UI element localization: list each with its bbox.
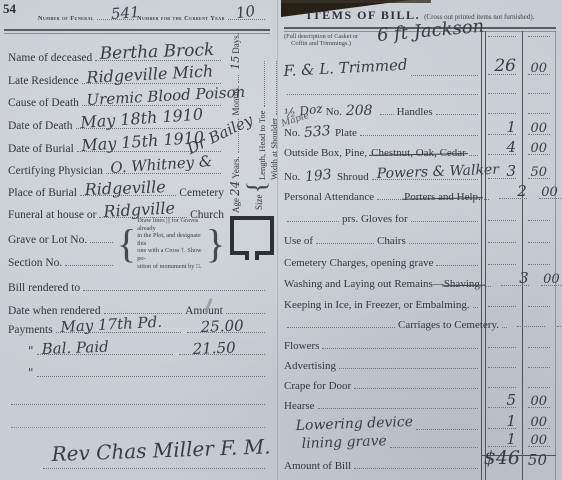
- field-label: Bill rendered to: [8, 282, 80, 294]
- washing-struck: Shaving.: [444, 278, 483, 290]
- note-line: Draw lines ||| for Graves already: [137, 217, 205, 232]
- payments-row: " Bal. Paid 21.50: [8, 344, 268, 358]
- funeral-no-value: 541: [110, 3, 140, 23]
- price-dollars: 4: [506, 138, 516, 156]
- dotted-leader: [557, 326, 562, 327]
- item-row-blank: [284, 85, 557, 105]
- payments-row: ": [8, 366, 268, 380]
- size-brace: {: [244, 181, 270, 193]
- header-row: Number of Funeral 541 Number for the Cur…: [38, 9, 268, 22]
- dotted-leader: [488, 36, 516, 37]
- funeral-no-label: Number of Funeral: [38, 15, 94, 22]
- payment-amount: 21.50: [193, 339, 237, 358]
- dotted-leader: [488, 93, 516, 94]
- dotted-leader: [226, 303, 265, 314]
- item-row-chairs: Use of Chairs: [284, 234, 557, 254]
- payment-text: Bal. Paid: [41, 338, 109, 358]
- item-row-casket: (Full description of Casket or Coffin an…: [284, 33, 557, 60]
- dotted-leader: [287, 212, 339, 222]
- note-line: in the Plot, and designate this: [137, 232, 205, 247]
- current-year-value: 10: [235, 2, 256, 22]
- dotted-leader: [316, 234, 374, 244]
- dotted-leader: [322, 339, 478, 349]
- dotted-leader: [488, 264, 516, 265]
- item-row-advertising: Advertising: [284, 359, 557, 379]
- dotted-leader: [287, 85, 478, 95]
- dotted-leader: [269, 61, 277, 115]
- price-cents: 00: [530, 141, 547, 156]
- dotted-leader: [517, 326, 545, 327]
- note-line: one with a Cross †. Show po-: [137, 247, 205, 262]
- days-value: 15: [229, 56, 242, 70]
- dotted-leader: [339, 359, 478, 369]
- field-bill-rendered-to: Bill rendered to: [8, 280, 268, 294]
- dotted-leader: [528, 113, 550, 114]
- handles-label: Handles: [397, 106, 433, 118]
- dotted-leader: [83, 280, 265, 291]
- item-row-trimmed: F. & L. Trimmed 26 00: [284, 62, 557, 82]
- dotted-leader: [11, 417, 265, 428]
- item-row-outside-box: Outside Box, Pine, Chestnut, Oak, Cedar …: [284, 146, 557, 166]
- field-label: Date when rendered: [8, 305, 101, 317]
- price-dollars: 5: [506, 391, 516, 409]
- casket-desc-label: (Full description of Casket or: [284, 33, 358, 40]
- dotted-leader: [37, 366, 265, 377]
- dotted-leader: [43, 458, 265, 469]
- size-strip: Size { Length, Head to Toe Width at Shou…: [244, 58, 274, 210]
- dotted-leader: Ridgeville: [80, 185, 176, 196]
- no-label: No.: [284, 127, 300, 139]
- plot-diagram: [229, 215, 275, 263]
- page-number: 54: [3, 1, 16, 17]
- dotted-leader: [528, 93, 550, 94]
- field-label: Section No.: [8, 257, 62, 269]
- ditto-mark: ": [28, 344, 34, 358]
- dotted-leader: [360, 126, 478, 136]
- dotted-leader: [90, 232, 113, 243]
- crape-label: Crape for Door: [284, 380, 351, 392]
- price-cents: 50: [530, 165, 547, 180]
- dotted-leader: 21.50: [179, 344, 265, 355]
- price-cents: 00: [530, 121, 547, 136]
- field-value: Ridgeville: [84, 177, 166, 199]
- dotted-leader: [230, 119, 239, 154]
- age-value: 24: [228, 181, 242, 196]
- plate-no: 533: [304, 123, 332, 141]
- dotted-leader: [354, 379, 478, 389]
- field-suffix: Cemetery: [179, 187, 224, 199]
- item-row-plate: No. 533 Plate 1 00: [284, 124, 557, 144]
- dotted-leader: [528, 367, 550, 368]
- note-line: sition of monument by □.: [137, 263, 205, 271]
- dotted-leader: [257, 61, 265, 107]
- attendance-label: Personal Attendance: [284, 191, 374, 203]
- dotted-leader: Bal. Paid: [37, 344, 174, 355]
- dotted-leader: [380, 105, 394, 115]
- total-dollars: $46: [484, 447, 520, 469]
- attendance-struck: Porters and Help.: [404, 191, 481, 203]
- item-row-washing: Washing and Laying out Remains— Shaving.…: [284, 277, 557, 297]
- dotted-leader: [488, 113, 516, 114]
- blank-line: [8, 394, 268, 405]
- dotted-leader: [528, 242, 550, 243]
- brace-right: }: [206, 221, 225, 267]
- price-dollars: 2: [517, 182, 527, 200]
- cemetery-charges-label: Cemetery Charges, opening grave: [284, 257, 433, 269]
- field-place-of-burial: Place of Burial Ridgeville Cemetery: [8, 185, 224, 199]
- dotted-leader: [502, 318, 507, 328]
- field-label: Certifying Physician: [8, 165, 103, 177]
- payments-row: Payments May 17th Pd. 25.00: [8, 322, 268, 336]
- dotted-leader: [230, 75, 239, 83]
- rule: [4, 29, 270, 31]
- gloves-label: prs. Gloves for: [342, 213, 408, 225]
- field-label: Place of Burial: [8, 187, 77, 199]
- ditto-mark: ": [28, 366, 34, 380]
- dotted-leader: Bertha Brock: [95, 50, 221, 61]
- handles-no: 208: [346, 103, 373, 119]
- dotted-leader: [488, 220, 516, 221]
- outside-box-label: Outside Box, Pine,: [284, 147, 367, 159]
- length-label: Length, Head to Toe: [256, 110, 268, 180]
- dotted-leader: [528, 347, 550, 348]
- item-row-handles: ½ Doz No. 208 Handles: [284, 103, 557, 123]
- shroud-value: Powers & Walker: [376, 162, 499, 182]
- age-label: Age: [231, 198, 241, 213]
- dotted-leader: 10: [228, 9, 265, 20]
- field-certifying-physician: Certifying Physician O. Whitney &: [8, 163, 224, 177]
- hearse-label: Hearse: [284, 400, 315, 412]
- ledger-page-photo: 54 Number of Funeral 541 Number for the …: [0, 0, 562, 480]
- outside-box-struck: Chestnut, Oak, Cedar: [371, 147, 466, 159]
- field-label: Name of deceased: [8, 52, 92, 64]
- no-label: No.: [326, 106, 342, 118]
- item-row-carriages: Carriages to Cemetery.: [284, 318, 557, 338]
- dotted-leader: [528, 220, 550, 221]
- payment-amount: 25.00: [200, 316, 244, 335]
- field-section-no: Section No.: [8, 255, 116, 269]
- dotted-leader: 25.00: [187, 322, 265, 333]
- dotted-leader: [390, 438, 478, 448]
- field-label: Late Residence: [8, 75, 79, 87]
- price-cents: 00: [530, 415, 547, 430]
- field-label: Funeral at house or: [8, 209, 96, 221]
- dotted-leader: [409, 234, 478, 244]
- total-cents: 50: [528, 451, 547, 469]
- dotted-leader: [318, 399, 478, 409]
- size-label: Size: [254, 195, 264, 211]
- dotted-leader: Ridgeville Mich: [82, 73, 221, 84]
- field-value: Bertha Brock: [100, 40, 215, 64]
- months-label: Months.: [231, 86, 241, 116]
- price-dollars: 1: [506, 412, 516, 430]
- dotted-leader: [528, 306, 550, 307]
- item-row-total: Amount of Bill $46 50: [284, 459, 557, 480]
- dotted-leader: [528, 387, 550, 388]
- dotted-leader: Powers & Walker: [372, 170, 478, 180]
- amount-of-bill-label: Amount of Bill: [284, 460, 351, 472]
- dotted-leader: O. Whitney &: [106, 163, 221, 174]
- chairs-label: Chairs: [377, 235, 406, 247]
- dotted-leader: [416, 420, 478, 430]
- item-row-embalming: Keeping in Ice, in Freezer, or Embalming…: [284, 298, 557, 318]
- flowers-label: Flowers: [284, 340, 319, 352]
- field-label: Date of Death: [8, 120, 73, 132]
- item-row-cemetery-charges: Cemetery Charges, opening grave: [284, 256, 557, 276]
- field-grave-lot-no: Grave or Lot No.: [8, 232, 116, 246]
- dotted-leader: [488, 306, 516, 307]
- dotted-leader: [488, 347, 516, 348]
- advertising-label: Advertising: [284, 360, 336, 372]
- lowering-device-value: Lowering device: [295, 414, 413, 434]
- price-dollars: 3: [506, 162, 516, 180]
- field-value: Ridgeville Mich: [86, 61, 214, 87]
- price-dollars: 3: [519, 269, 529, 287]
- dotted-leader: [411, 212, 478, 222]
- washing-label: Washing and Laying out Remains—: [284, 278, 444, 290]
- dotted-leader: [436, 256, 478, 266]
- items-title: ITEMS OF BILL.: [306, 8, 420, 23]
- price-cents: 00: [543, 272, 560, 287]
- dotted-leader: [488, 367, 516, 368]
- dotted-leader: 541: [97, 9, 134, 20]
- price-cents: 00: [530, 61, 547, 76]
- dotted-leader: [486, 277, 491, 287]
- dotted-leader: [377, 190, 401, 200]
- dotted-leader: [528, 264, 550, 265]
- price-dollars: 1: [506, 430, 516, 448]
- dotted-leader: [436, 105, 478, 115]
- signature-line: [40, 458, 268, 469]
- dotted-leader: [528, 36, 550, 37]
- dotted-leader: [484, 190, 489, 200]
- current-year-label: Number for the Current Year: [137, 15, 225, 22]
- item-row-gloves: prs. Gloves for: [284, 212, 557, 232]
- price-dollars: 26: [494, 56, 516, 76]
- use-of-label: Use of: [284, 235, 313, 247]
- page-curl-shadow-edge: [281, 0, 431, 3]
- dotted-leader: [287, 318, 395, 328]
- lining-grave-value: lining grave: [301, 433, 387, 452]
- dotted-leader: [473, 298, 478, 308]
- no-label: No.: [284, 171, 300, 183]
- dotted-leader: [411, 66, 478, 76]
- years-label: Years.: [231, 156, 241, 178]
- price-cents: 00: [530, 394, 547, 409]
- item-row-attendance: Personal Attendance Porters and Help. 2 …: [284, 190, 557, 210]
- dotted-leader: [11, 394, 265, 405]
- price-cents: 00: [541, 185, 558, 200]
- price-dollars: 1: [506, 118, 516, 136]
- casket-desc-label: Coffin and Trimmings.): [284, 40, 358, 47]
- shroud-label: Shroud: [337, 171, 369, 183]
- field-label: Cause of Death: [8, 97, 79, 109]
- shroud-no: 193: [304, 167, 332, 186]
- plate-label: Plate: [335, 127, 357, 139]
- dotted-leader: [354, 459, 478, 469]
- item-row-crape: Crape for Door: [284, 379, 557, 399]
- field-label: Grave or Lot No.: [8, 234, 87, 246]
- width-label: Width at Shoulder: [268, 118, 280, 180]
- plot-instructions-note: { Draw lines ||| for Graves already in t…: [117, 217, 225, 270]
- price-cents: 00: [530, 433, 547, 448]
- dotted-leader: [65, 255, 113, 266]
- blank-line: [8, 417, 268, 428]
- carriages-label: Carriages to Cemetery.: [398, 319, 499, 331]
- dotted-leader: [488, 387, 516, 388]
- dotted-leader: [469, 146, 478, 156]
- dotted-leader: May 17th Pd.: [56, 322, 181, 333]
- days-label: Days.: [231, 33, 241, 54]
- brace-left: {: [117, 221, 136, 267]
- dotted-leader: [104, 303, 182, 314]
- item-row-flowers: Flowers: [284, 339, 557, 359]
- field-label: Date of Burial: [8, 143, 74, 155]
- payments-label: Payments: [8, 324, 53, 336]
- embalming-label: Keeping in Ice, in Freezer, or Embalming…: [284, 299, 470, 311]
- dotted-leader: [488, 242, 516, 243]
